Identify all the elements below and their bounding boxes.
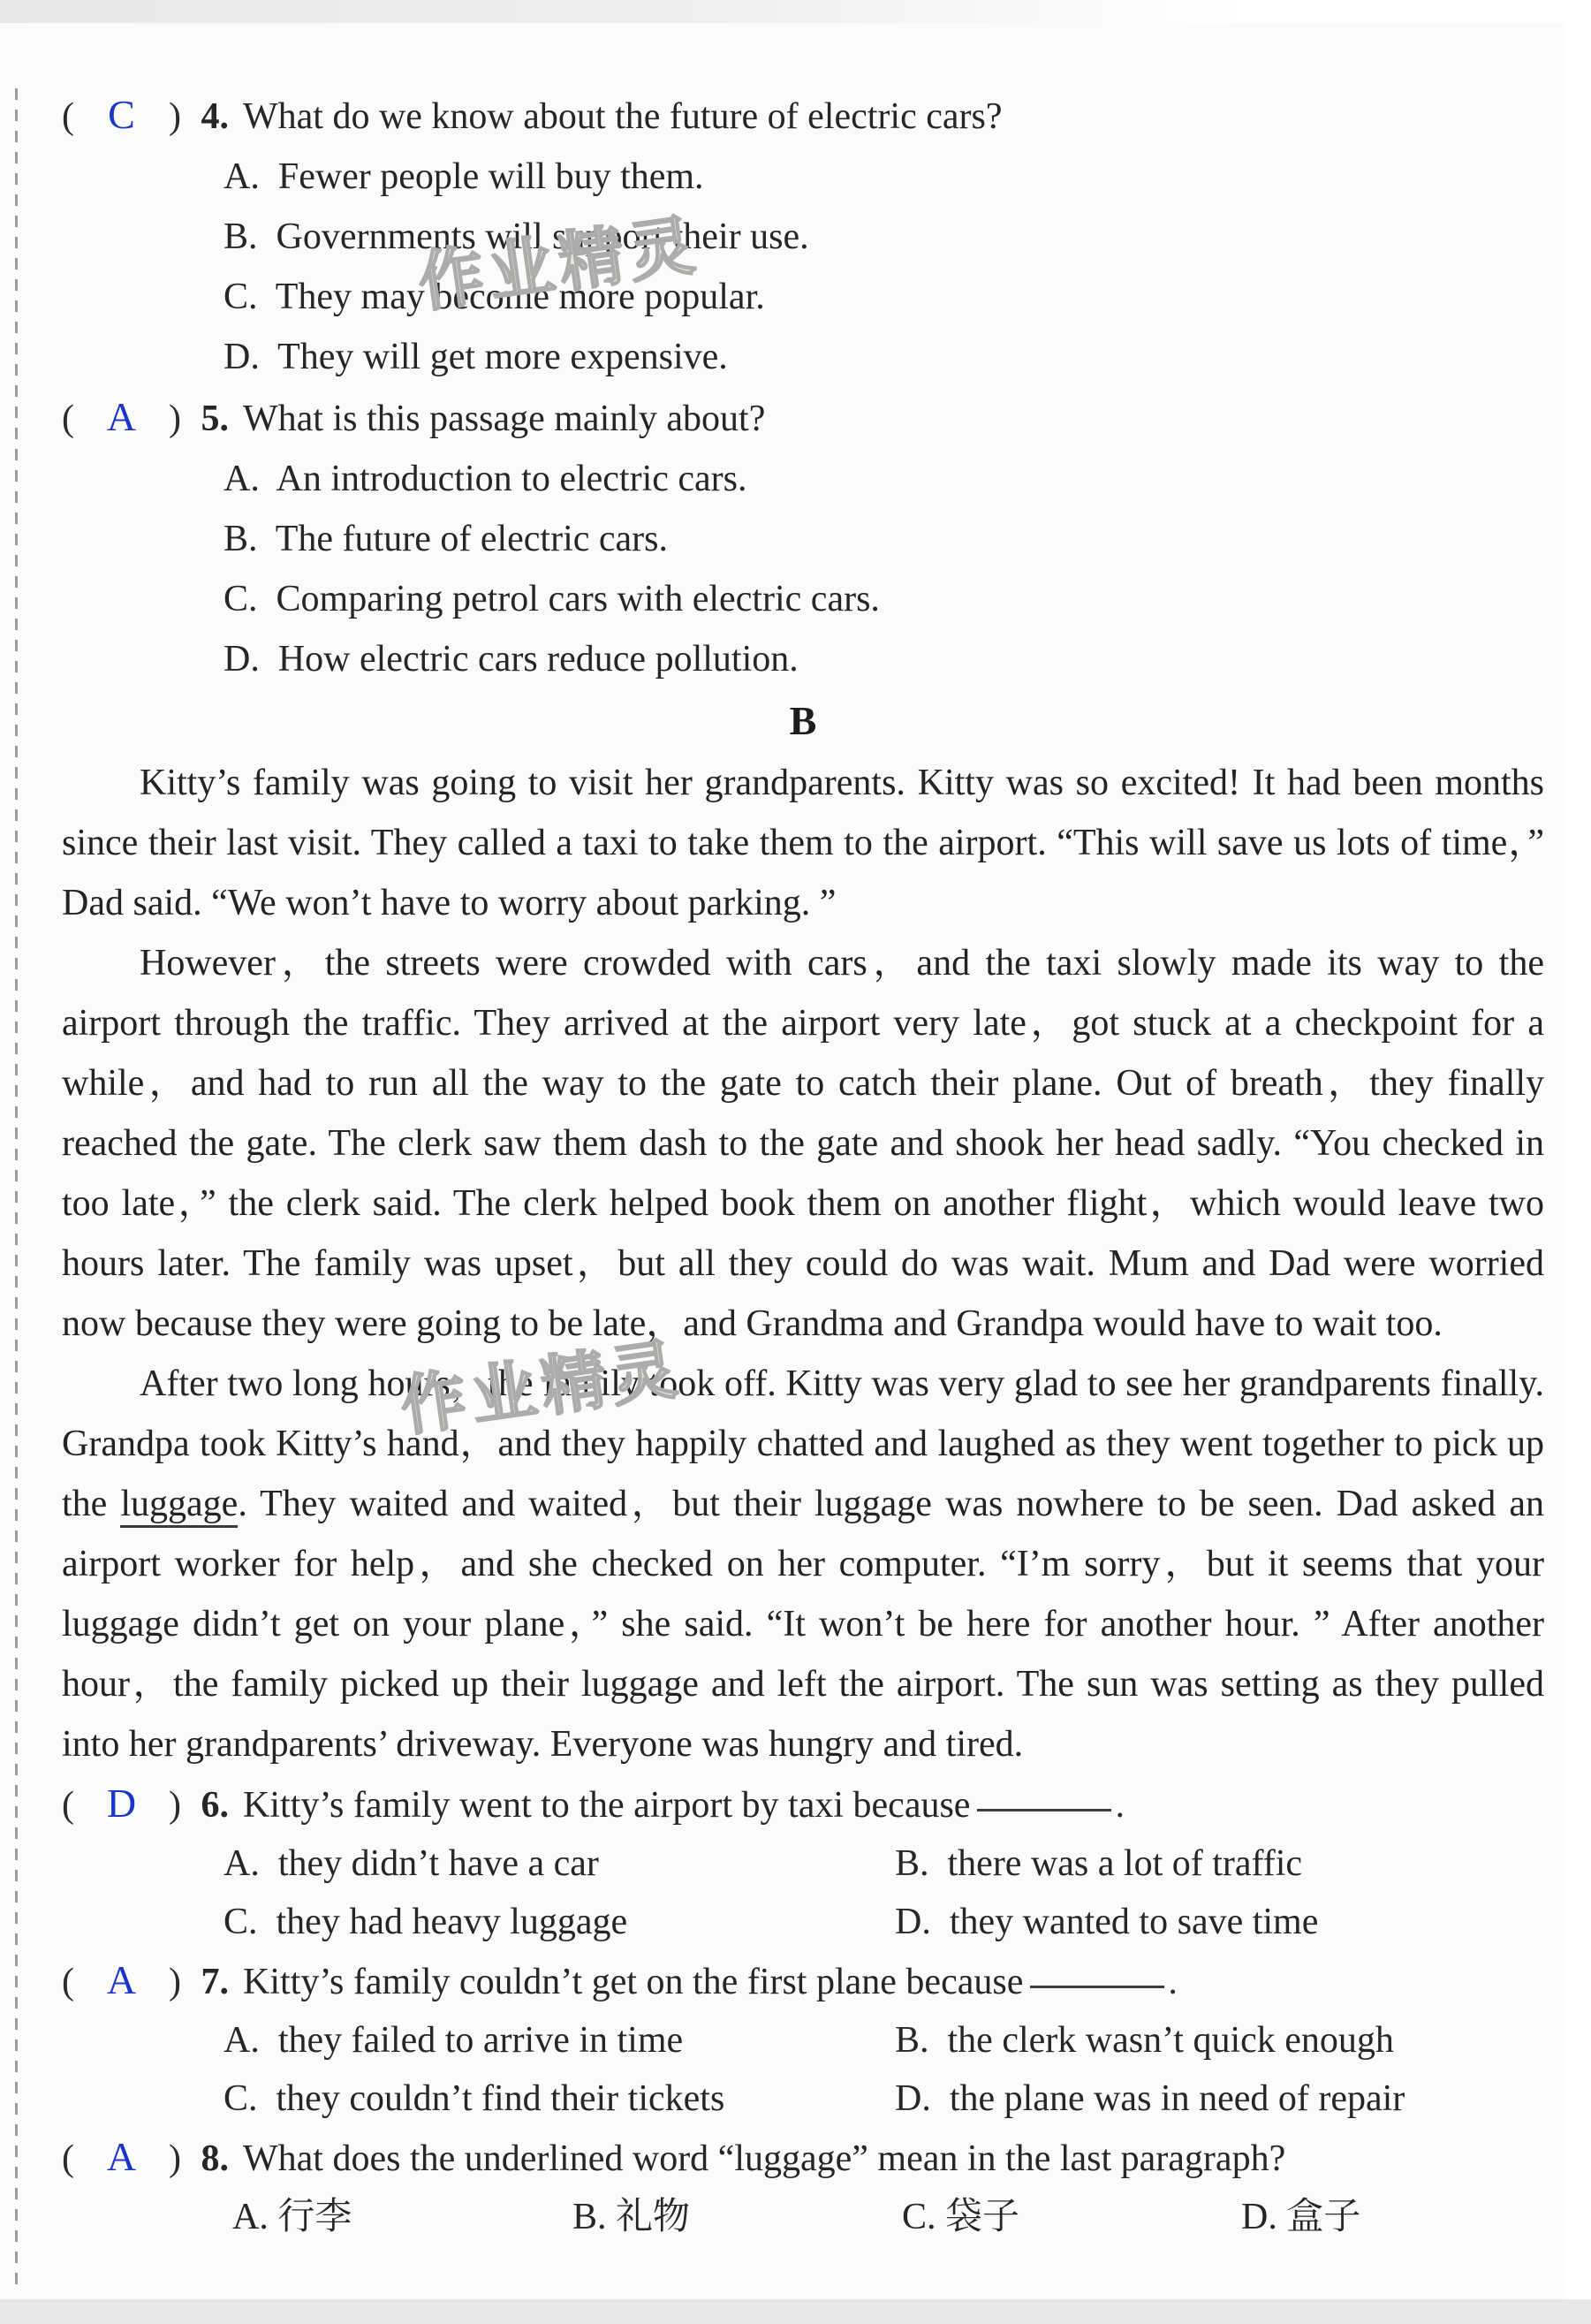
q4-option-a: A. Fewer people will buy them.	[62, 147, 1544, 207]
question-8-stem: ( A ) 8.What does the underlined word “l…	[62, 2128, 1544, 2188]
answer-letter: D	[84, 1774, 160, 1833]
open-paren: (	[62, 2138, 84, 2179]
underlined-word: luggage	[120, 1484, 238, 1528]
q7-option-a: A. they failed to arrive in time	[223, 2011, 895, 2070]
q8-option-d: D. 盒子	[1241, 2188, 1544, 2246]
question-number: 8.	[201, 2138, 230, 2179]
question-text: What is this passage mainly about?	[243, 399, 765, 439]
passage-paragraph: Kitty’s family was going to visit her gr…	[62, 753, 1544, 933]
answer-letter: A	[84, 1951, 160, 2009]
q6-option-d: D. they wanted to save time	[895, 1893, 1544, 1951]
close-paren: )	[160, 1785, 191, 1826]
open-paren: (	[62, 96, 84, 137]
question-number: 4.	[201, 96, 230, 137]
blank-period: .	[1115, 1785, 1125, 1826]
q6-option-b: B. there was a lot of traffic	[895, 1834, 1544, 1893]
question-6-stem: ( D ) 6.Kitty’s family went to the airpo…	[62, 1774, 1544, 1834]
q4-option-c: C. They may become more popular.	[62, 267, 1544, 327]
q6-option-row: C. they had heavy luggageD. they wanted …	[62, 1893, 1544, 1951]
questions-6-7-8-block: ( D ) 6.Kitty’s family went to the airpo…	[62, 1774, 1544, 2246]
question-number: 7.	[201, 1962, 230, 2002]
question-text: Kitty’s family went to the airport by ta…	[243, 1785, 970, 1826]
q5-option-d: D. How electric cars reduce pollution.	[62, 629, 1544, 689]
q8-option-c: C. 袋子	[902, 2188, 1241, 2246]
q5-option-b: B. The future of electric cars.	[62, 509, 1544, 569]
question-7-stem: ( A ) 7.Kitty’s family couldn’t get on t…	[62, 1951, 1544, 2011]
section-b-header: B	[62, 695, 1544, 748]
question-4-stem: ( C ) 4.What do we know about the future…	[62, 85, 1544, 147]
answer-letter: A	[84, 2128, 160, 2186]
close-paren: )	[160, 96, 191, 137]
q6-option-a: A. they didn’t have a car	[223, 1834, 895, 1893]
passage-paragraph: After two long hours，the family took off…	[62, 1354, 1544, 1774]
q8-option-a: A. 行李	[232, 2188, 572, 2246]
q7-option-b: B. the clerk wasn’t quick enough	[895, 2011, 1544, 2070]
q8-option-row: A. 行李B. 礼物C. 袋子D. 盒子	[62, 2188, 1544, 2246]
q7-option-d: D. the plane was in need of repair	[895, 2070, 1544, 2128]
answer-letter: C	[84, 85, 160, 145]
open-paren: (	[62, 1962, 84, 2002]
question-number: 6.	[201, 1785, 230, 1826]
passage-text: However，the streets were crowded with ca…	[62, 943, 1544, 1344]
question-number: 5.	[201, 399, 230, 439]
passage-text: Kitty’s family was going to visit her gr…	[62, 763, 1544, 923]
question-5-stem: ( A ) 5.What is this passage mainly abou…	[62, 387, 1544, 449]
q6-option-c: C. they had heavy luggage	[223, 1893, 895, 1951]
question-text: What do we know about the future of elec…	[243, 96, 1002, 137]
passage-paragraph: However，the streets were crowded with ca…	[62, 933, 1544, 1354]
close-paren: )	[160, 399, 191, 439]
question-text: Kitty’s family couldn’t get on the first…	[243, 1962, 1023, 2002]
q7-option-row: C. they couldn’t find their ticketsD. th…	[62, 2070, 1544, 2128]
answer-letter: A	[84, 387, 160, 447]
q4-option-b: B. Governments will support their use.	[62, 207, 1544, 267]
answer-blank	[1030, 1980, 1164, 1988]
binding-dashed-line	[15, 88, 18, 2284]
blank-period: .	[1168, 1962, 1178, 2002]
questions-4-5-block: ( C ) 4.What do we know about the future…	[62, 85, 1544, 689]
q7-option-c: C. they couldn’t find their tickets	[223, 2070, 895, 2128]
q7-option-row: A. they failed to arrive in timeB. the c…	[62, 2011, 1544, 2070]
q5-option-c: C. Comparing petrol cars with electric c…	[62, 569, 1544, 629]
open-paren: (	[62, 399, 84, 439]
close-paren: )	[160, 2138, 191, 2179]
question-text: What does the underlined word “luggage” …	[243, 2138, 1285, 2179]
q8-option-b: B. 礼物	[572, 2188, 902, 2246]
passage-text: . They waited and waited，but their lugga…	[62, 1484, 1544, 1765]
open-paren: (	[62, 1785, 84, 1826]
answer-blank	[977, 1804, 1111, 1811]
close-paren: )	[160, 1962, 191, 2002]
q4-option-d: D. They will get more expensive.	[62, 327, 1544, 387]
page-top-edge	[0, 0, 1591, 23]
q5-option-a: A. An introduction to electric cars.	[62, 449, 1544, 509]
q6-option-row: A. they didn’t have a carB. there was a …	[62, 1834, 1544, 1893]
reading-passage: Kitty’s family was going to visit her gr…	[62, 753, 1544, 1774]
page-bottom-edge	[0, 2299, 1591, 2324]
